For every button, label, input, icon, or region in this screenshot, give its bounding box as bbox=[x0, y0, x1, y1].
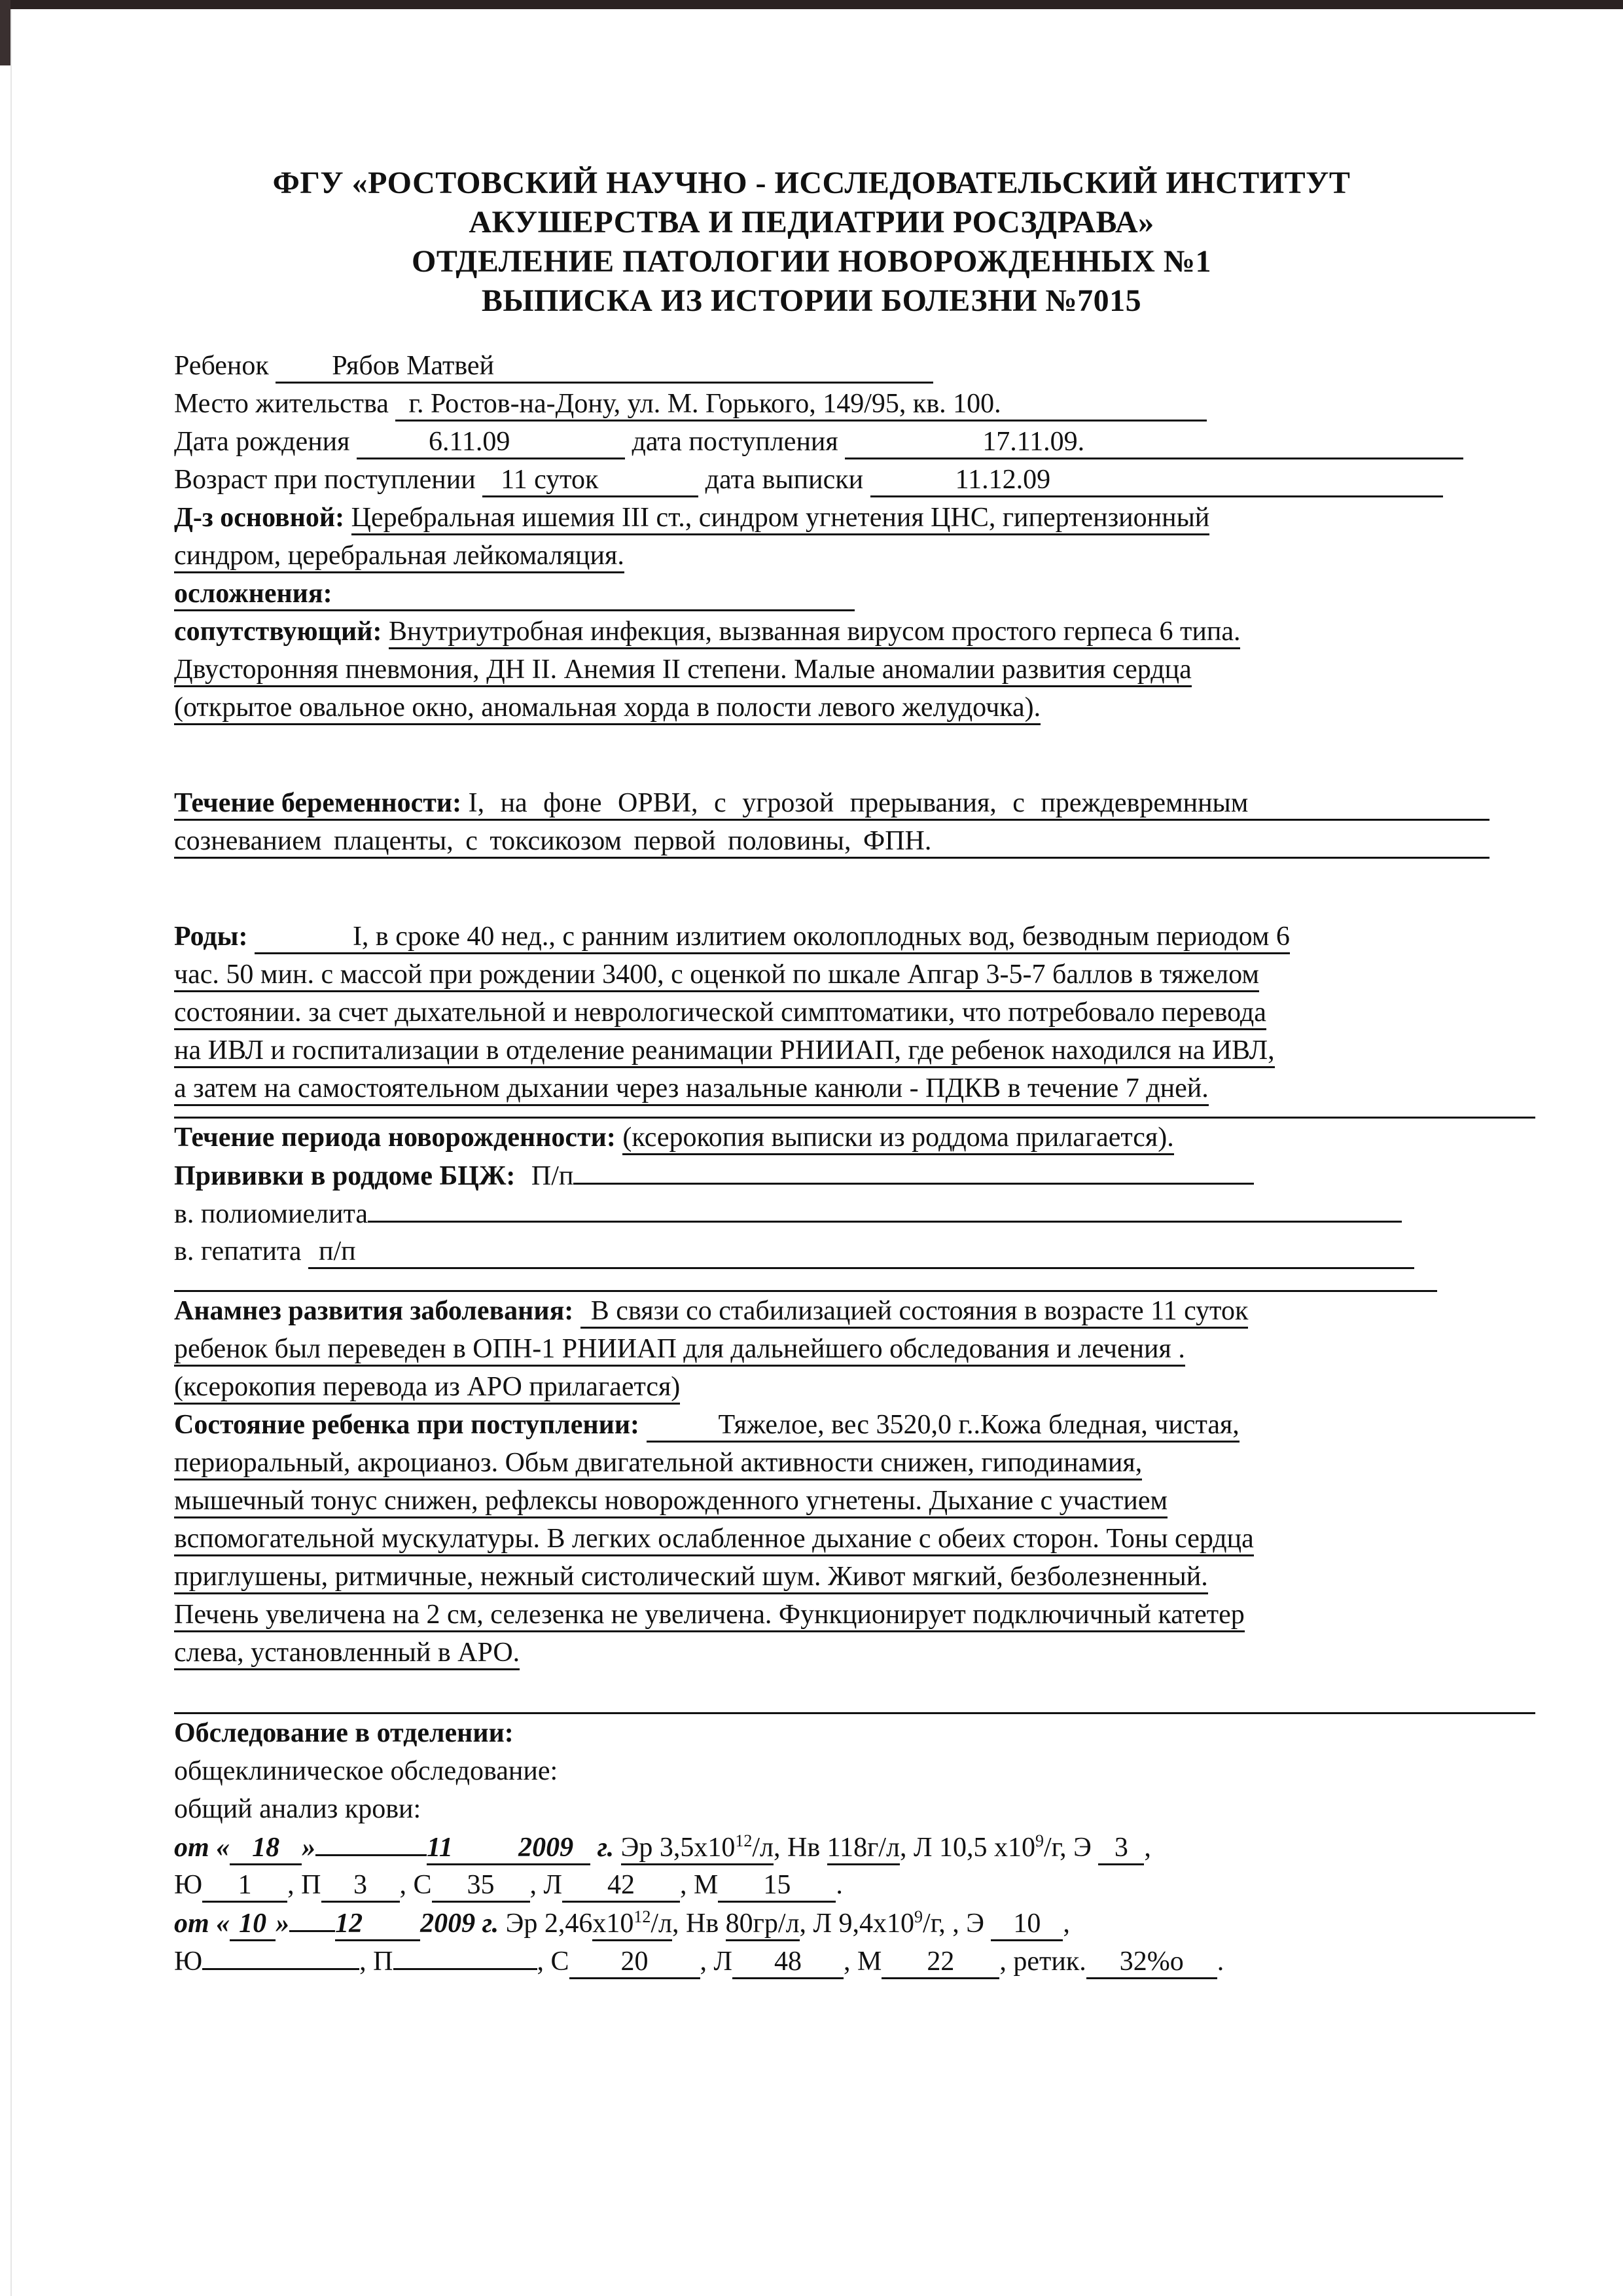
scan-edge-top bbox=[0, 0, 1623, 9]
scan-edge-left bbox=[0, 0, 10, 65]
diagnosis-main-row: Д-з основной: Церебральная ишемия III ст… bbox=[174, 499, 1535, 537]
exam-blood-row: общий анализ крови: bbox=[174, 1790, 1535, 1828]
l2-label: , Л bbox=[530, 1870, 563, 1900]
condition-line7: слева, установленный в АРО. bbox=[174, 1637, 520, 1670]
blood-test-1-row1: от «18»112009 г. Эр 3,5х1012/л, Нв 118г/… bbox=[174, 1828, 1535, 1866]
condition-line6: Печень увеличена на 2 см, селезенка не у… bbox=[174, 1599, 1245, 1632]
pregnancy-line1: I, на фоне ОРВИ, с угрозой прерывания, с… bbox=[469, 788, 1249, 818]
dates-row: Дата рождения 6.11.09 дата поступления 1… bbox=[174, 423, 1535, 461]
date-prefix: от « bbox=[174, 1833, 230, 1863]
birth-line5: а затем на самостоятельном дыхании через… bbox=[174, 1073, 1209, 1106]
year-suffix: г. bbox=[482, 1909, 499, 1939]
anamnesis-row: Анамнез развития заболевания: В связи со… bbox=[174, 1292, 1535, 1330]
l-exp: 9 bbox=[1035, 1831, 1044, 1850]
test2-p bbox=[393, 1942, 537, 1970]
l-label: , Л bbox=[900, 1833, 933, 1863]
exam-title: Обследование в отделении: bbox=[174, 1714, 514, 1752]
pregnancy-line2: созневанием плаценты, с токсикозом перво… bbox=[174, 825, 1489, 859]
anamnesis-line1: В связи со стабилизацией состояния в воз… bbox=[580, 1295, 1249, 1329]
hb-label: , Нв bbox=[774, 1833, 820, 1863]
test2-m: 22 bbox=[882, 1946, 999, 1979]
test1-hemoglobin: 118г/л bbox=[827, 1832, 900, 1865]
anamnesis-line2: ребенок был переведен в ОПН-1 РНИИАП для… bbox=[174, 1333, 1185, 1367]
vaccination-row: Прививки в роддоме БЦЖ: П/п bbox=[174, 1157, 1535, 1194]
ret-label: , ретик. bbox=[999, 1946, 1086, 1977]
anamnesis-label: Анамнез развития заболевания: bbox=[174, 1292, 573, 1330]
discharge-label: дата выписки bbox=[705, 461, 863, 499]
neonatal-value: (ксерокопия выписки из роддома прилагает… bbox=[622, 1122, 1173, 1155]
er-value: 3,5х10 bbox=[660, 1833, 736, 1863]
l-unit: /г, Э bbox=[1044, 1833, 1092, 1863]
l-unit: /г, , Э bbox=[923, 1909, 984, 1939]
birth-label: Дата рождения bbox=[174, 423, 349, 461]
neonatal-row: Течение периода новорожденности: (ксерок… bbox=[174, 1119, 1535, 1157]
document-body: Ребенок Рябов Матвей Место жительства г.… bbox=[174, 347, 1535, 1980]
condition-label: Состояние ребенка при поступлении: bbox=[174, 1406, 639, 1444]
birth-line2: час. 50 мин. с массой при рождении 3400,… bbox=[174, 959, 1259, 992]
condition-row6: Печень увеличена на 2 см, селезенка не у… bbox=[174, 1596, 1535, 1634]
exam-blood: общий анализ крови: bbox=[174, 1790, 421, 1828]
test2-yu bbox=[202, 1942, 359, 1970]
test2-s: 20 bbox=[569, 1946, 700, 1979]
department-name: ОТДЕЛЕНИЕ ПАТОЛОГИИ НОВОРОЖДЕННЫХ №1 bbox=[0, 242, 1623, 281]
year-suffix: г. bbox=[597, 1833, 614, 1863]
test2-eosinophils: 10 bbox=[991, 1908, 1063, 1941]
diagnosis-main-line2: синдром, церебральная лейкомаляция. bbox=[174, 540, 624, 573]
er-exp: 12 bbox=[633, 1907, 651, 1926]
er-label: Эр 2,46 bbox=[506, 1909, 593, 1939]
concomitant-row: сопутствующий: Внутриутробная инфекция, … bbox=[174, 613, 1535, 651]
test1-yu: 1 bbox=[202, 1869, 287, 1903]
hepatitis-label: в. гепатита bbox=[174, 1232, 302, 1270]
age-value: 11 суток bbox=[482, 464, 698, 497]
fill bbox=[315, 1828, 427, 1856]
test1-month: 11 bbox=[427, 1832, 518, 1865]
hb-label: , Нв bbox=[672, 1909, 719, 1939]
condition-line1: Тяжелое, вес 3520,0 г..Кожа бледная, чис… bbox=[647, 1409, 1240, 1443]
polio-row: в. полиомиелита bbox=[174, 1194, 1535, 1232]
diagnosis-main-label: Д-з основной: bbox=[174, 499, 344, 537]
test2-hemoglobin: 80гр/л bbox=[726, 1908, 800, 1941]
condition-row7: слева, установленный в АРО. bbox=[174, 1634, 1535, 1672]
polio-label: в. полиомиелита bbox=[174, 1195, 368, 1233]
complications-label: осложнения: bbox=[174, 578, 855, 611]
birth-row: Роды: I, в сроке 40 нед., с ранним излит… bbox=[174, 918, 1535, 956]
blood-test-2-row2: Ю, П, С20, Л48, М22, ретик.32%о. bbox=[174, 1942, 1535, 1980]
s-label: , С bbox=[537, 1946, 569, 1977]
condition-row5: приглушены, ритмичные, нежный систоличес… bbox=[174, 1558, 1535, 1596]
l2-label: , Л bbox=[700, 1946, 733, 1977]
test2-leukocytes: , Л 9,4х10 bbox=[800, 1909, 915, 1939]
p-label: , П bbox=[287, 1870, 321, 1900]
child-value: Рябов Матвей bbox=[276, 350, 933, 384]
condition-line3: мышечный тонус снижен, рефлексы новорожд… bbox=[174, 1485, 1168, 1518]
blood-test-2-row1: от «10»122009 г. Эр 2,46х1012/л, Нв 80гр… bbox=[174, 1904, 1535, 1942]
test1-leukocytes: 10,5 х10 bbox=[939, 1833, 1035, 1863]
vaccination-value: П/п bbox=[531, 1157, 573, 1195]
m-label: , М bbox=[680, 1870, 718, 1900]
diagnosis-main-line1: Церебральная ишемия III ст., синдром угн… bbox=[351, 502, 1210, 535]
condition-line4: вспомогательной мускулатуры. В легких ос… bbox=[174, 1523, 1254, 1556]
test1-m: 15 bbox=[718, 1869, 836, 1903]
condition-line5: приглушены, ритмичные, нежный систоличес… bbox=[174, 1561, 1208, 1594]
birth-line1: I, в сроке 40 нед., с ранним излитием ок… bbox=[255, 921, 1290, 954]
test1-s: 35 bbox=[432, 1869, 530, 1903]
yu-label: Ю bbox=[174, 1870, 202, 1900]
m-label: , М bbox=[844, 1946, 882, 1977]
document-header: ФГУ «РОСТОВСКИЙ НАУЧНО - ИССЛЕДОВАТЕЛЬСК… bbox=[0, 164, 1623, 321]
pregnancy-line1-wrap: Течение беременности: I, на фоне ОРВИ, с… bbox=[174, 787, 1489, 821]
complications-row: осложнения: bbox=[174, 575, 1535, 613]
birth-value: 6.11.09 bbox=[357, 426, 625, 459]
birth-row5: а затем на самостоятельном дыхании через… bbox=[174, 1069, 1535, 1107]
pregnancy-row2: созневанием плаценты, с токсикозом перво… bbox=[174, 822, 1535, 860]
date-close: » bbox=[302, 1833, 315, 1863]
condition-row3: мышечный тонус снижен, рефлексы новорожд… bbox=[174, 1482, 1535, 1520]
p-label: , П bbox=[359, 1946, 393, 1977]
er-exp: 12 bbox=[735, 1831, 752, 1850]
residence-row: Место жительства г. Ростов-на-Дону, ул. … bbox=[174, 385, 1535, 423]
date-prefix: от « bbox=[174, 1909, 230, 1939]
anamnesis-row2: ребенок был переведен в ОПН-1 РНИИАП для… bbox=[174, 1330, 1535, 1368]
fill bbox=[289, 1904, 335, 1932]
s-label: , С bbox=[400, 1870, 432, 1900]
exam-title-row: Обследование в отделении: bbox=[174, 1714, 1535, 1752]
test1-year: 2009 bbox=[518, 1832, 590, 1865]
diagnosis-main-row2: синдром, церебральная лейкомаляция. bbox=[174, 537, 1535, 575]
pregnancy-row: Течение беременности: I, на фоне ОРВИ, с… bbox=[174, 784, 1535, 822]
test2-reticulocytes: 32%о bbox=[1086, 1946, 1217, 1979]
birth-row4: на ИВЛ и госпитализации в отделение реан… bbox=[174, 1031, 1535, 1069]
neonatal-label: Течение периода новорожденности: bbox=[174, 1119, 616, 1157]
birth-line4: на ИВЛ и госпитализации в отделение реан… bbox=[174, 1035, 1275, 1068]
residence-value: г. Ростов-на-Дону, ул. М. Горького, 149/… bbox=[395, 388, 1207, 422]
test1-erythrocytes: Эр 3,5х1012/л bbox=[621, 1832, 774, 1865]
test2-erythrocytes: х1012/л bbox=[592, 1908, 672, 1941]
birth-row2: час. 50 мин. с массой при рождении 3400,… bbox=[174, 956, 1535, 994]
test2-l: 48 bbox=[732, 1946, 844, 1979]
concomitant-label: сопутствующий: bbox=[174, 613, 382, 651]
er-unit: /л bbox=[752, 1833, 774, 1863]
concomitant-row2: Двусторонняя пневмония, ДН II. Анемия II… bbox=[174, 651, 1535, 689]
child-label: Ребенок bbox=[174, 347, 269, 385]
concomitant-row3: (открытое овальное окно, аномальная хорд… bbox=[174, 689, 1535, 726]
scan-edge-line bbox=[10, 9, 12, 2296]
birth-label: Роды: bbox=[174, 918, 247, 956]
admission-label: дата поступления bbox=[632, 423, 838, 461]
er-unit: /л bbox=[651, 1909, 672, 1939]
l-exp: 9 bbox=[914, 1907, 923, 1926]
concomitant-line1: Внутриутробная инфекция, вызванная вирус… bbox=[389, 616, 1241, 649]
er-value: х10 bbox=[592, 1909, 633, 1939]
er-label: Эр bbox=[621, 1833, 653, 1863]
anamnesis-line3: (ксерокопия перевода из АРО прилагается) bbox=[174, 1371, 680, 1405]
condition-row: Состояние ребенка при поступлении: Тяжел… bbox=[174, 1406, 1535, 1444]
discharge-value: 11.12.09 bbox=[870, 464, 1443, 497]
hepatitis-row: в. гепатита п/п bbox=[174, 1232, 1535, 1270]
institution-name-line1: ФГУ «РОСТОВСКИЙ НАУЧНО - ИССЛЕДОВАТЕЛЬСК… bbox=[0, 164, 1623, 203]
concomitant-line2: Двусторонняя пневмония, ДН II. Анемия II… bbox=[174, 654, 1192, 687]
test1-day: 18 bbox=[230, 1832, 302, 1865]
admission-value: 17.11.09. bbox=[845, 426, 1463, 459]
condition-row2: периоральный, акроцианоз. Обьм двигатель… bbox=[174, 1444, 1535, 1482]
condition-line2: периоральный, акроцианоз. Обьм двигатель… bbox=[174, 1447, 1142, 1480]
date-close: » bbox=[276, 1909, 289, 1939]
vaccination-label: Прививки в роддоме БЦЖ: bbox=[174, 1157, 515, 1195]
anamnesis-row3: (ксерокопия перевода из АРО прилагается) bbox=[174, 1368, 1535, 1406]
test2-month: 12 bbox=[335, 1908, 420, 1941]
document-title: ВЫПИСКА ИЗ ИСТОРИИ БОЛЕЗНИ №7015 bbox=[0, 281, 1623, 321]
birth-row3: состоянии. за счет дыхательной и невроло… bbox=[174, 994, 1535, 1031]
exam-general: общеклиническое обследование: bbox=[174, 1752, 558, 1790]
child-row: Ребенок Рябов Матвей bbox=[174, 347, 1535, 385]
birth-line3: состоянии. за счет дыхательной и невроло… bbox=[174, 997, 1266, 1030]
pregnancy-label: Течение беременности: bbox=[174, 788, 461, 818]
polio-fill bbox=[368, 1194, 1402, 1223]
residence-label: Место жительства bbox=[174, 385, 389, 423]
exam-general-row: общеклиническое обследование: bbox=[174, 1752, 1535, 1790]
hepatitis-value: п/п bbox=[308, 1236, 1414, 1269]
test2-year: 2009 bbox=[420, 1909, 475, 1939]
vaccination-fill bbox=[573, 1157, 1254, 1185]
concomitant-line3: (открытое овальное окно, аномальная хорд… bbox=[174, 692, 1041, 725]
test1-l: 42 bbox=[562, 1869, 680, 1903]
blood-test-1-row2: Ю1, П3, С35, Л42, М15. bbox=[174, 1866, 1535, 1904]
condition-row4: вспомогательной мускулатуры. В легких ос… bbox=[174, 1520, 1535, 1558]
test2-day: 10 bbox=[230, 1908, 276, 1941]
yu-label: Ю bbox=[174, 1946, 202, 1977]
test1-eosinophils: 3 bbox=[1098, 1832, 1144, 1865]
institution-name-line2: АКУШЕРСТВА И ПЕДИАТРИИ РОСЗДРАВА» bbox=[0, 203, 1623, 242]
age-label: Возраст при поступлении bbox=[174, 461, 476, 499]
test1-p: 3 bbox=[321, 1869, 400, 1903]
age-row: Возраст при поступлении 11 суток дата вы… bbox=[174, 461, 1535, 499]
